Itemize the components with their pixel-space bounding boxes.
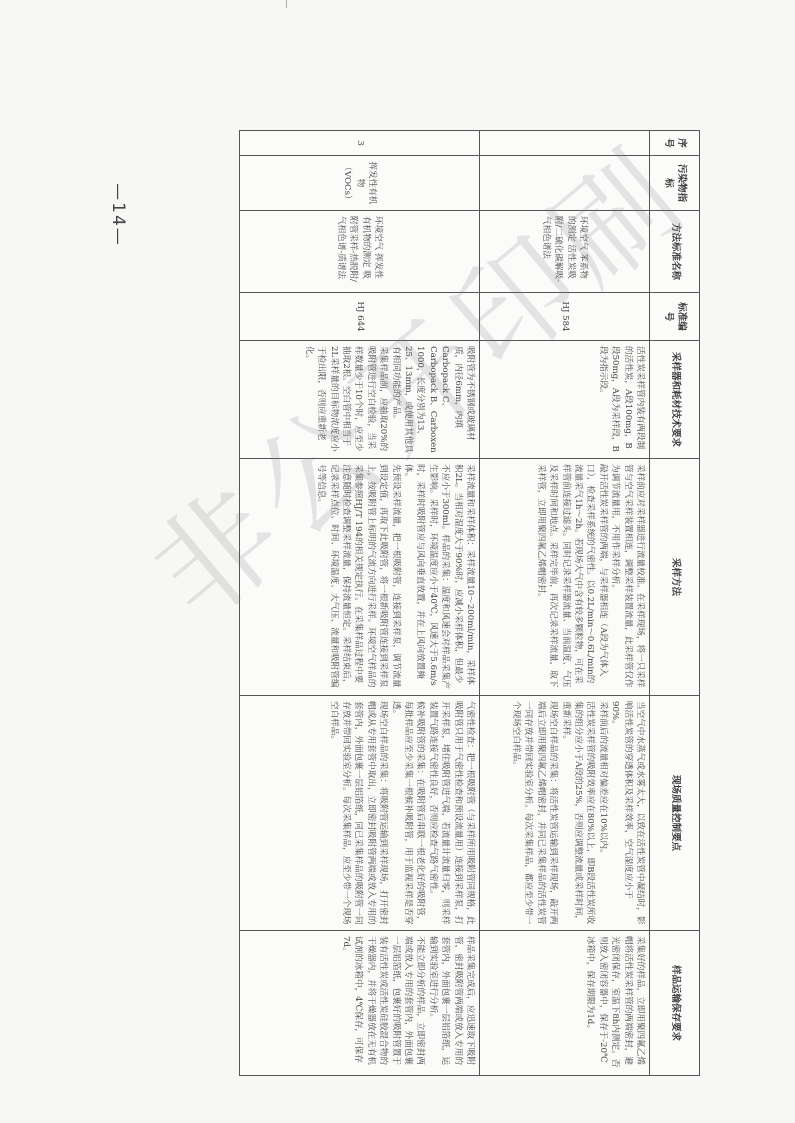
page-number: —14— <box>108 165 128 275</box>
cell-standard-no: HJ 644 <box>240 293 480 341</box>
monitoring-requirements-table: 序号 污染物指标 方法标准名称 标准编号 采样器和耗材技术要求 采样方法 现场质… <box>240 130 700 1075</box>
sampling-text: 敲开活性炭采样管的两端，与采样器相连（A段为气体入口），检查采样系统的气密性。以… <box>534 464 608 690</box>
table-row: 3 挥发性有机物（VOCs） 环境空气 挥发性有机物的测定 吸附管采样-热脱附/… <box>240 131 480 1076</box>
qc-text: 当空气中水蒸气或水雾太大，以致在活性炭管中凝结时，影响活性炭管的穿透体积及采样效… <box>609 701 646 925</box>
equipment-text: 活性炭采样管内装有两段制的活性炭，A段100mg，B段50mg，A段为采样段，B… <box>596 346 646 453</box>
header-sampling-method: 采样方法 <box>650 459 700 696</box>
data-table: 序号 污染物指标 方法标准名称 标准编号 采样器和耗材技术要求 采样方法 现场质… <box>239 130 700 1076</box>
header-equipment: 采样器和耗材技术要求 <box>650 341 700 459</box>
cell-standard-no: HJ 584 <box>480 293 650 341</box>
cell-pollutant: 挥发性有机物（VOCs） <box>240 156 480 211</box>
cell-pollutant <box>480 156 650 211</box>
storage-text: 不能立即分析的样品，立即密封两端或放入专用的套管内，外面包裹一层铝箔纸，包裹好的… <box>340 936 427 1070</box>
qc-text: 现场空白样品的采集：将吸附管运输到采样现场，打开密封帽或从专用套管中取出，立即密… <box>327 701 389 925</box>
sampling-text: 采样前应对采样器进行流量校准。在采样现场，将一只采样管与空气采样装置相连，调整采… <box>609 464 646 690</box>
cell-sampling-method: 采样前应对采样器进行流量校准。在采样现场，将一只采样管与空气采样装置相连，调整采… <box>480 459 650 696</box>
header-transport-storage: 样品运输保存要求 <box>650 931 700 1076</box>
cell-equipment: 活性炭采样管内装有两段制的活性炭，A段100mg，B段50mg，A段为采样段，B… <box>480 341 650 459</box>
sampling-text: 采样流量和采样体积：采样流量10～200ml/min，采样体积2L。当相对湿度大… <box>402 464 476 690</box>
header-method-name: 方法标准名称 <box>650 211 700 293</box>
qc-text: 活性炭采样管的吸附效率应在80%以上，即B段活性炭所收集的组分应小于A段的25%… <box>559 701 596 925</box>
cell-method-name: 环境空气 挥发性有机物的测定 吸附管采样-热脱附/气相色谱-质谱法 <box>240 211 480 293</box>
scan-mark <box>286 0 287 8</box>
header-quality-control: 现场质量控制要点 <box>650 696 700 931</box>
header-pollutant: 污染物指标 <box>650 156 700 211</box>
qc-text: 候补吸附管的采集：在吸附管后串联一根老化好的吸附管，每批样品应至少采集一根候补吸… <box>389 701 426 925</box>
qc-text: 现场空白样品的采集：将活性炭管运输到采样现场，敲开两端后立即用聚四氟乙烯帽密封，… <box>510 701 560 925</box>
storage-text: 采集好的样品，立即用聚四氟乙烯帽将活性炭采样管的两端密封，避光密闭保存，室温下8… <box>584 936 646 1070</box>
qc-text: 采样前后的流量相对偏差应在10%以内。 <box>596 701 608 925</box>
cell-index: 3 <box>240 131 480 156</box>
cell-index <box>480 131 650 156</box>
equipment-text: 吸附管为不锈钢或玻璃材质，内径6mm，内填Carbopack C、Carbopa… <box>389 346 476 453</box>
cell-transport-storage: 样品采集完成后，应迅速取下吸附管，密封吸附管两端或放入专用的套管内，外面包裹一层… <box>240 931 480 1076</box>
storage-text: 样品采集完成后，应迅速取下吸附管，密封吸附管两端或放入专用的套管内，外面包裹一层… <box>426 936 476 1070</box>
page-number-text: —14— <box>108 175 128 255</box>
sampling-text: 先预设采样流量，把一根吸附管，连接到采样泵，调节流量到设定值，再取下此吸附管，将… <box>315 464 402 690</box>
table-row: 环境空气 苯系物的测定 活性炭吸附/二硫化碳解吸-气相色谱法 HJ 584 活性… <box>480 131 650 1076</box>
cell-quality-control: 气密性检查：把一根吸附管（与采样所用吸附管同规格，此吸附管只用于气密性检查和预设… <box>240 696 480 931</box>
qc-text: 气密性检查：把一根吸附管（与采样所用吸附管同规格，此吸附管只用于气密性检查和预设… <box>426 701 476 925</box>
header-index: 序号 <box>650 131 700 156</box>
equipment-text: 采集样品前，应抽取20%的吸附管进行空白检验，当采样数量少于10个时，应至少抽取… <box>302 346 389 453</box>
header-standard-no: 标准编号 <box>650 293 700 341</box>
cell-transport-storage: 采集好的样品，立即用聚四氟乙烯帽将活性炭采样管的两端密封，避光密闭保存，室温下8… <box>480 931 650 1076</box>
cell-sampling-method: 采样流量和采样体积：采样流量10～200ml/min，采样体积2L。当相对湿度大… <box>240 459 480 696</box>
table-header-row: 序号 污染物指标 方法标准名称 标准编号 采样器和耗材技术要求 采样方法 现场质… <box>650 131 700 1076</box>
cell-method-name: 环境空气 苯系物的测定 活性炭吸附/二硫化碳解吸-气相色谱法 <box>480 211 650 293</box>
cell-quality-control: 当空气中水蒸气或水雾太大，以致在活性炭管中凝结时，影响活性炭管的穿透体积及采样效… <box>480 696 650 931</box>
cell-equipment: 吸附管为不锈钢或玻璃材质，内径6mm，内填Carbopack C、Carbopa… <box>240 341 480 459</box>
